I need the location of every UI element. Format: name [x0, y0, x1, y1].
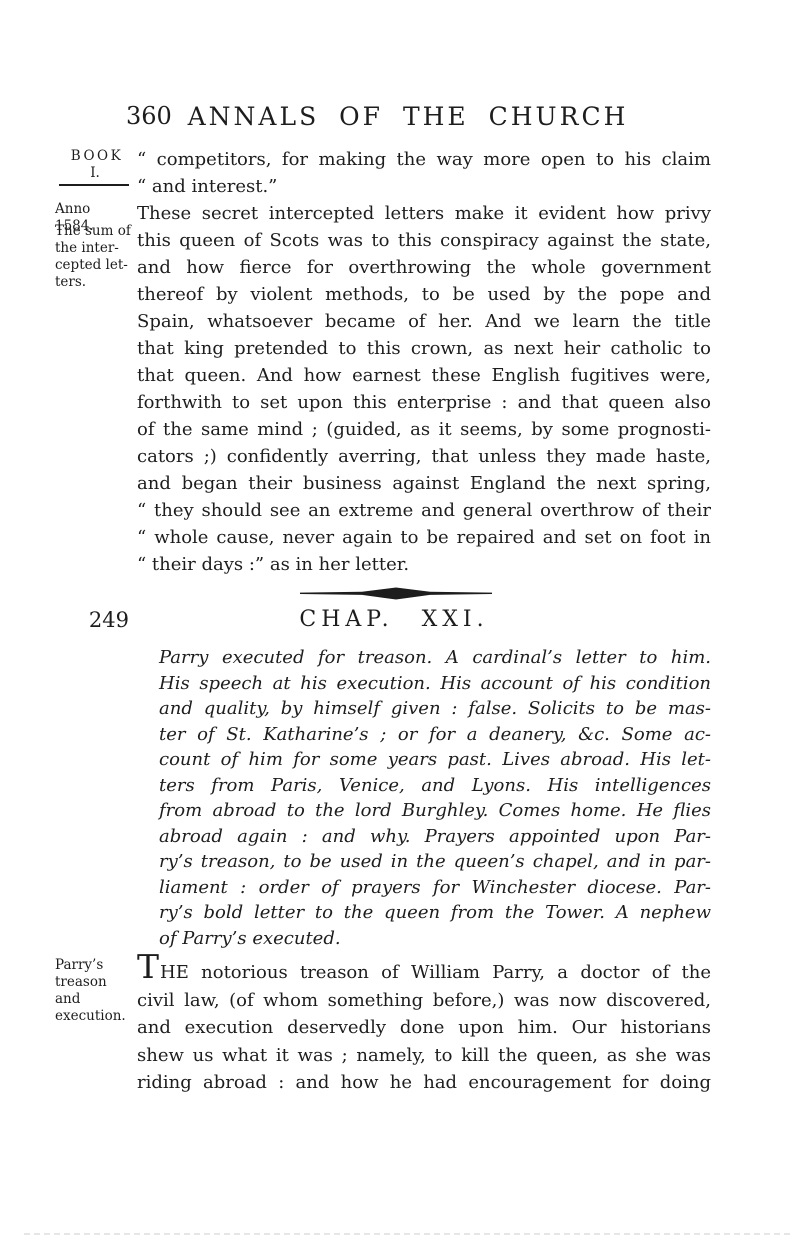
text-line: These secret intercepted letters make it… — [137, 200, 711, 227]
margin-note-parry-treason: Parry’streason andexecution. — [55, 957, 133, 1025]
text-line-with-initial: THE notorious treason of William Parry, … — [137, 953, 711, 987]
running-title: ANNALS OF THE CHURCH — [121, 102, 695, 132]
text-line: thereof by violent methods, to be used b… — [137, 281, 711, 308]
margin-note-line: execution. — [55, 1008, 133, 1025]
margin-note-line: ters. — [55, 274, 133, 291]
chapter-heading-row: CHAP. XXI. — [137, 606, 711, 633]
text-line: ters from Paris, Venice, and Lyons. His … — [137, 773, 711, 799]
text-line: and quality, by himself given : false. S… — [137, 696, 711, 722]
text-line: ter of St. Katharine’s ; or for a deaner… — [137, 722, 711, 748]
text-line: count of him for some years past. Lives … — [137, 747, 711, 773]
text-line: abroad again : and why. Prayers appointe… — [137, 824, 711, 850]
text-line: liament : order of prayers for Wincheste… — [137, 875, 711, 901]
text-line: “ they should see an extreme and general… — [137, 497, 711, 524]
text-line: and how fierce for overthrowing the whol… — [137, 254, 711, 281]
chapter-summary: Parry executed for treason. A cardinal’s… — [137, 645, 711, 951]
text-line: that queen. And how earnest these Englis… — [137, 362, 711, 389]
margin-note-line: cepted let- — [55, 257, 133, 274]
raised-initial: T — [137, 947, 160, 986]
margin-book-numeral: I. — [57, 165, 133, 181]
text-line: civil law, (of whom something before,) w… — [137, 987, 711, 1015]
text-line: ry’s bold letter to the queen from the T… — [137, 900, 711, 926]
margin-note-book: BOOK I. — [57, 148, 133, 186]
opening-paragraph: THE notorious treason of William Parry, … — [137, 953, 711, 1097]
margin-note-intercepted-letters: The sum ofthe inter-cepted let-ters. — [55, 223, 133, 291]
main-paragraph: These secret intercepted letters make it… — [137, 200, 711, 578]
text-line: “ whole cause, never again to be repaire… — [137, 524, 711, 551]
opening-paragraph-lines: civil law, (of whom something before,) w… — [137, 987, 711, 1097]
text-line: His speech at his execution. His account… — [137, 671, 711, 697]
text-line: and began their business against England… — [137, 470, 711, 497]
text-line: of the same mind ; (guided, as it seems,… — [137, 416, 711, 443]
text-line: ry’s treason, to be used in the queen’s … — [137, 849, 711, 875]
margin-note-line: Parry’s — [55, 957, 133, 974]
margin-note-line: the inter- — [55, 240, 133, 257]
text-line: this queen of Scots was to this conspira… — [137, 227, 711, 254]
margin-rule — [59, 184, 129, 186]
text-line: “ competitors, for making the way more o… — [137, 146, 711, 173]
diamond-rule-icon — [300, 587, 492, 600]
margin-note-line: The sum of — [55, 223, 133, 240]
text-line: from abroad to the lord Burghley. Comes … — [137, 798, 711, 824]
text-line: Spain, whatsoever became of her. And we … — [137, 308, 711, 335]
section-divider-ornament — [300, 587, 492, 600]
book-page-scan: BOOK I. Anno 1584. The sum ofthe inter-c… — [0, 0, 800, 1237]
margin-note-line: treason and — [55, 974, 133, 1008]
text-line: Parry executed for treason. A cardinal’s… — [137, 645, 711, 671]
text-line: that king pretended to this crown, as ne… — [137, 335, 711, 362]
text-column: 360 ANNALS OF THE CHURCH “ competitors, … — [137, 0, 711, 1097]
text-line: “ and interest.” — [137, 173, 711, 200]
text-line: and execution deservedly done upon him. … — [137, 1014, 711, 1042]
text-line: cators ;) confidently averring, that unl… — [137, 443, 711, 470]
text-line: of Parry’s executed. — [137, 926, 711, 952]
text-line: shew us what it was ; namely, to kill th… — [137, 1042, 711, 1070]
quoted-paragraph: “ competitors, for making the way more o… — [137, 146, 711, 200]
scan-edge-artifact — [24, 1233, 790, 1235]
text-line: “ their days :” as in her letter. — [137, 551, 711, 578]
text-line: riding abroad : and how he had encourage… — [137, 1069, 711, 1097]
chapter-heading: CHAP. XXI. — [107, 606, 681, 633]
text-line: forthwith to set upon this enterprise : … — [137, 389, 711, 416]
page-header: 360 ANNALS OF THE CHURCH — [137, 101, 711, 135]
first-line-rest: HE notorious treason of William Parry, a… — [160, 962, 711, 983]
margin-book-label: BOOK — [57, 148, 133, 165]
